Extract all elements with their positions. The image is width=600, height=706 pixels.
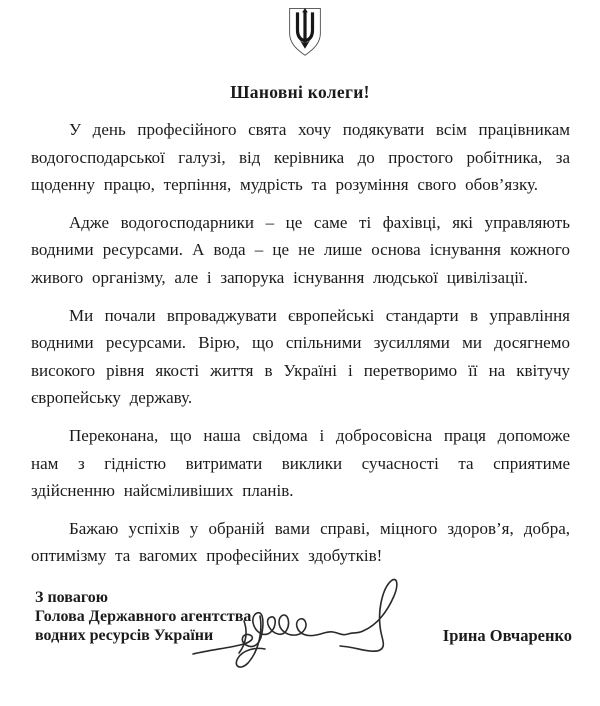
letter-greeting: Шановні колеги! <box>0 82 600 103</box>
letter-paragraph-4: Переконана, що наша свідома і добросовіс… <box>31 422 570 505</box>
letter-paragraph-3: Ми почали впроваджувати європейські стан… <box>31 302 570 412</box>
ukraine-coat-of-arms-icon <box>287 7 323 57</box>
letter-paragraph-2: Адже водогосподарники – це саме ті фахів… <box>31 209 570 292</box>
letter-paragraph-5: Бажаю успіхів у обраній вами справі, міц… <box>31 515 570 570</box>
letter-paragraph-1: У день професійного свята хочу подякуват… <box>31 116 570 199</box>
letter-body: У день професійного свята хочу подякуват… <box>31 116 570 580</box>
closing-title-line1: Голова Державного агентства <box>35 607 251 626</box>
closing-title-line2: водних ресурсів України <box>35 626 251 645</box>
letter-document: Шановні колеги! У день професійного свят… <box>0 0 600 706</box>
signer-name: Ірина Овчаренко <box>443 626 572 646</box>
handwritten-signature <box>190 574 416 670</box>
closing-regards: З повагою <box>35 588 251 607</box>
closing-titles: З повагою Голова Державного агентства во… <box>35 588 251 645</box>
